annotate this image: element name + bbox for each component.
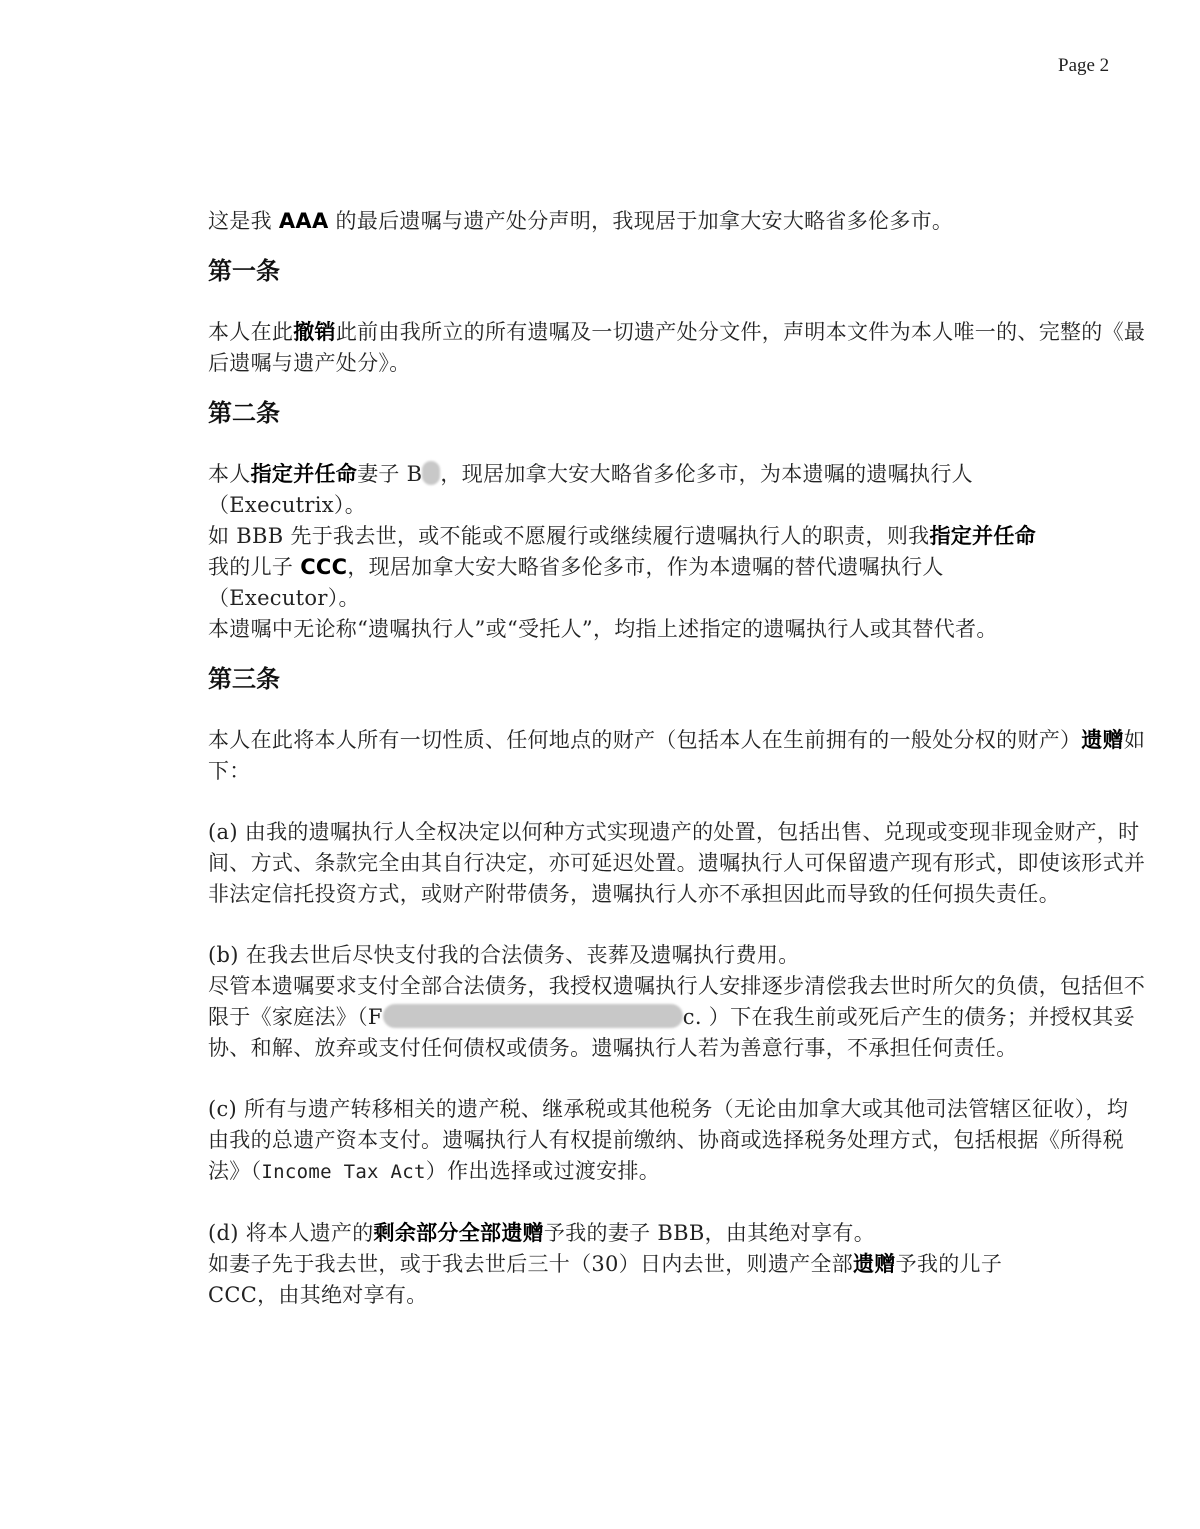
text: 本人 [208, 462, 251, 486]
bold-bequeath: 遗赠 [853, 1252, 896, 1276]
income-tax-act: Income Tax Act [261, 1161, 425, 1183]
clause-c: (c) 所有与遗产转移相关的遗产税、继承税或其他税务（无论由加拿大或其他司法管辖… [208, 1094, 1148, 1188]
text: （Executrix）。 [208, 493, 366, 517]
text: ，现居加拿大安大略省多伦多市，为本遗嘱的遗嘱执行人 [440, 462, 973, 486]
son-name: CCC [300, 555, 347, 579]
article-2-executrix: 本人指定并任命妻子 B，现居加拿大安大略省多伦多市，为本遗嘱的遗嘱执行人（Exe… [208, 459, 1148, 521]
text: 予我的妻子 BBB，由其绝对享有。 [544, 1221, 875, 1245]
redaction-mark [383, 1004, 683, 1028]
article-2-definition: 本遗嘱中无论称“遗嘱执行人”或“受托人”，均指上述指定的遗嘱执行人或其替代者。 [208, 614, 1148, 645]
intro-paragraph: 这是我 AAA 的最后遗嘱与遗产处分声明，我现居于加拿大安大略省多伦多市。 [208, 206, 1148, 237]
will-document-body: 这是我 AAA 的最后遗嘱与遗产处分声明，我现居于加拿大安大略省多伦多市。 第一… [208, 206, 1148, 1311]
clause-b: (b) 在我去世后尽快支付我的合法债务、丧葬及遗嘱执行费用。尽管本遗嘱要求支付全… [208, 940, 1148, 1064]
bold-revoke: 撤销 [293, 320, 336, 344]
text: 本人在此 [208, 320, 293, 344]
text: 我的儿子 [208, 555, 300, 579]
text: ，现居加拿大安大略省多伦多市，作为本遗嘱的替代遗嘱执行人 [347, 555, 943, 579]
text: 予我的儿子 [896, 1252, 1003, 1276]
article-2-executor: 如 BBB 先于我去世，或不能或不愿履行或继续履行遗嘱执行人的职责，则我指定并任… [208, 521, 1148, 614]
clause-d: (d) 将本人遗产的剩余部分全部遗赠予我的妻子 BBB，由其绝对享有。如妻子先于… [208, 1218, 1148, 1311]
text: (b) 在我去世后尽快支付我的合法债务、丧葬及遗嘱执行费用。 [208, 943, 800, 967]
text: CCC，由其绝对享有。 [208, 1283, 428, 1307]
redaction-mark [422, 461, 440, 485]
text: 本人在此将本人所有一切性质、任何地点的财产（包括本人在生前拥有的一般处分权的财产… [208, 728, 1081, 752]
article-2-heading: 第二条 [208, 397, 1148, 429]
text: 妻子 B [357, 462, 422, 486]
page-number: Page 2 [1058, 55, 1109, 77]
bold-bequeath: 遗赠 [1081, 728, 1124, 752]
article-3-heading: 第三条 [208, 663, 1148, 695]
article-3-intro: 本人在此将本人所有一切性质、任何地点的财产（包括本人在生前拥有的一般处分权的财产… [208, 725, 1148, 787]
bold-appoint: 指定并任命 [251, 462, 358, 486]
bold-appoint: 指定并任命 [929, 524, 1036, 548]
text: 此前由我所立的所有遗嘱及一切遗产处分文件，声明本文件为本人唯一的、完整的《最后遗… [208, 320, 1145, 375]
text: 如妻子先于我去世，或于我去世后三十（30）日内去世，则遗产全部 [208, 1252, 853, 1276]
bold-residue: 剩余部分全部遗赠 [374, 1221, 544, 1245]
clause-a: (a) 由我的遗嘱执行人全权决定以何种方式实现遗产的处置，包括出售、兑现或变现非… [208, 817, 1148, 910]
article-1-heading: 第一条 [208, 255, 1148, 287]
intro-text-1: 这是我 [208, 209, 279, 233]
testator-name: AAA [279, 209, 329, 233]
text: ）作出选择或过渡安排。 [426, 1159, 660, 1183]
text: (d) 将本人遗产的 [208, 1221, 374, 1245]
intro-text-2: 的最后遗嘱与遗产处分声明，我现居于加拿大安大略省多伦多市。 [329, 209, 954, 233]
text: （Executor）。 [208, 586, 360, 610]
text: 如 BBB 先于我去世，或不能或不愿履行或继续履行遗嘱执行人的职责，则我 [208, 524, 929, 548]
article-1-paragraph: 本人在此撤销此前由我所立的所有遗嘱及一切遗产处分文件，声明本文件为本人唯一的、完… [208, 317, 1148, 379]
